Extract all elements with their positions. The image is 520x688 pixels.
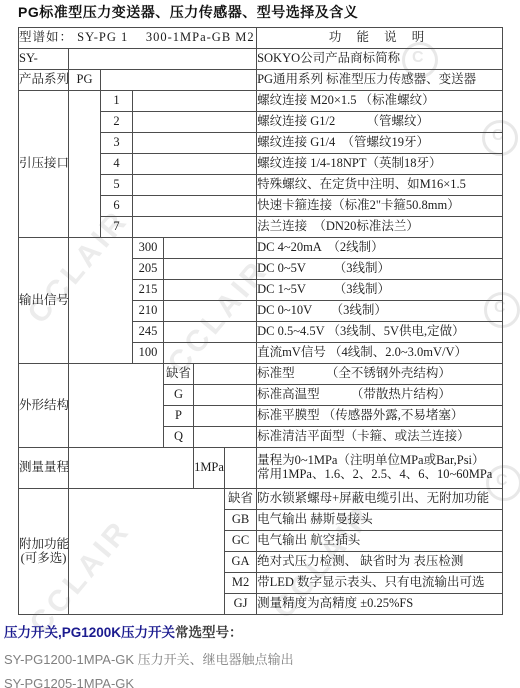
desc-cell: 螺纹连接 G1/2 （管螺纹） <box>257 112 503 133</box>
addons-label-line1: 附加功能 <box>19 538 68 552</box>
code-cell: 缺省 <box>225 489 257 510</box>
code-cell: 205 <box>133 259 164 280</box>
code-cell: 210 <box>133 301 164 322</box>
model-selection-table: 型谱如： SY-PG 1 300-1MPa-GB M2 功 能 说 明 SY- … <box>18 27 503 615</box>
empty-cell <box>164 259 257 280</box>
section-label-port: 引压接口 <box>19 91 69 238</box>
desc-cell: 防水锁紧螺母+屏蔽电缆引出、无附加功能 <box>257 489 503 510</box>
code-cell: 300 <box>133 238 164 259</box>
empty-cell <box>194 406 257 427</box>
empty-cell <box>69 238 133 364</box>
code-cell: 6 <box>101 196 133 217</box>
desc-cell: 标准清洁平面型（卡箍、或法兰连接） <box>257 427 503 448</box>
desc-cell: 量程为0~1MPa（注明单位MPa或Bar,Psi） 常用1MPa、1.6、2、… <box>257 448 503 489</box>
empty-cell <box>69 489 225 615</box>
desc-cell: 标准型 （全不锈钢外壳结构） <box>257 364 503 385</box>
desc-cell: DC 4~20mA （2线制） <box>257 238 503 259</box>
code-cell: 4 <box>101 154 133 175</box>
empty-cell <box>101 70 257 91</box>
desc-cell: 螺纹连接 G1/4 （管螺纹19牙） <box>257 133 503 154</box>
model-example-cell: 型谱如： SY-PG 1 300-1MPa-GB M2 <box>19 28 257 49</box>
footer-model-2: SY-PG1205-1MPA-GK <box>4 676 516 688</box>
empty-cell <box>194 427 257 448</box>
empty-cell <box>133 196 257 217</box>
footer-heading-rest: 常选型号： <box>175 625 243 640</box>
section-label-signal: 输出信号 <box>19 238 69 364</box>
code-cell: 245 <box>133 322 164 343</box>
desc-cell: 绝对式压力检测、 缺省时为 表压检测 <box>257 552 503 573</box>
desc-cell: 螺纹连接 M20×1.5 （标准螺纹） <box>257 91 503 112</box>
code-cell: Q <box>164 427 194 448</box>
desc-cell: 电气输出 航空插头 <box>257 531 503 552</box>
desc-cell: 直流mV信号 （4线制、2.0~3.0mV/V） <box>257 343 503 364</box>
code-cell: 缺省 <box>164 364 194 385</box>
empty-cell <box>133 91 257 112</box>
desc-cell: 标准平膜型 （传感器外露,不易堵塞） <box>257 406 503 427</box>
empty-cell <box>225 448 257 489</box>
range-desc-line1: 量程为0~1MPa（注明单位MPa或Bar,Psi） <box>257 454 502 468</box>
empty-cell <box>133 217 257 238</box>
code-cell: GA <box>225 552 257 573</box>
code-cell: 1MPa <box>194 448 225 489</box>
empty-cell <box>69 364 164 448</box>
desc-cell: 带LED 数字显示表头、只有电流输出可选 <box>257 573 503 594</box>
page-title: PG标准型压力变送器、压力传感器、型号选择及含义 <box>18 2 358 22</box>
desc-cell: DC 1~5V （3线制） <box>257 280 503 301</box>
empty-cell <box>133 112 257 133</box>
addons-label-line2: (可多选) <box>19 552 68 566</box>
code-cell: 2 <box>101 112 133 133</box>
empty-cell <box>133 175 257 196</box>
code-cell: 3 <box>101 133 133 154</box>
empty-cell <box>164 343 257 364</box>
empty-cell <box>164 322 257 343</box>
section-label-shape: 外形结构 <box>19 364 69 448</box>
empty-cell <box>164 301 257 322</box>
empty-cell <box>194 385 257 406</box>
code-cell: GB <box>225 510 257 531</box>
footer-heading-bold: 压力开关,PG1200K压力开关 <box>4 625 175 640</box>
code-cell: GC <box>225 531 257 552</box>
desc-cell: 标准高温型 （带散热片结构） <box>257 385 503 406</box>
desc-cell: SOKYO公司产品商标简称 <box>257 49 503 70</box>
footer: 压力开关,PG1200K压力开关常选型号： SY-PG1200-1MPA-GK … <box>4 621 516 688</box>
section-label-addons: 附加功能 (可多选) <box>19 489 69 615</box>
code-cell: 5 <box>101 175 133 196</box>
section-label-series: 产品系列 <box>19 70 69 91</box>
empty-cell <box>194 364 257 385</box>
desc-cell: DC 0.5~4.5V （3线制、5V供电,定做） <box>257 322 503 343</box>
desc-cell: DC 0~10V （3线制） <box>257 301 503 322</box>
desc-cell: PG通用系列 标准型压力传感器、变送器 <box>257 70 503 91</box>
desc-cell: 快速卡箍连接（标准2"卡箍50.8mm） <box>257 196 503 217</box>
empty-cell <box>164 238 257 259</box>
code-cell: PG <box>69 70 101 91</box>
footer-model-1: SY-PG1200-1MPA-GK 压力开关、继电器触点输出 <box>4 649 516 668</box>
code-cell: M2 <box>225 573 257 594</box>
desc-cell: 电气输出 赫斯曼接头 <box>257 510 503 531</box>
section-label-sy: SY- <box>19 49 69 70</box>
code-cell: 215 <box>133 280 164 301</box>
function-header-cell: 功 能 说 明 <box>257 28 503 49</box>
empty-cell <box>69 91 101 238</box>
code-cell: 7 <box>101 217 133 238</box>
desc-cell: 测量精度为高精度 ±0.25%FS <box>257 594 503 615</box>
desc-cell: 法兰连接 （DN20标准法兰） <box>257 217 503 238</box>
section-label-range: 测量量程 <box>19 448 69 489</box>
empty-cell <box>133 154 257 175</box>
empty-cell <box>69 49 257 70</box>
footer-heading: 压力开关,PG1200K压力开关常选型号： <box>4 621 516 641</box>
desc-cell: DC 0~5V （3线制） <box>257 259 503 280</box>
empty-cell <box>164 280 257 301</box>
empty-cell <box>133 133 257 154</box>
code-cell: 1 <box>101 91 133 112</box>
empty-cell <box>69 448 194 489</box>
range-desc-line2: 常用1MPa、1.6、2、2.5、4、6、10~60MPa <box>257 468 502 482</box>
desc-cell: 特殊螺纹、在定货中注明、如M16×1.5 <box>257 175 503 196</box>
desc-cell: 螺纹连接 1/4-18NPT（英制18牙） <box>257 154 503 175</box>
code-cell: GJ <box>225 594 257 615</box>
code-cell: G <box>164 385 194 406</box>
document-page: CCLAIR CCLAIR CCLAIR CCLAIR PG标准型压力变送器、压… <box>0 0 520 688</box>
code-cell: 100 <box>133 343 164 364</box>
code-cell: P <box>164 406 194 427</box>
